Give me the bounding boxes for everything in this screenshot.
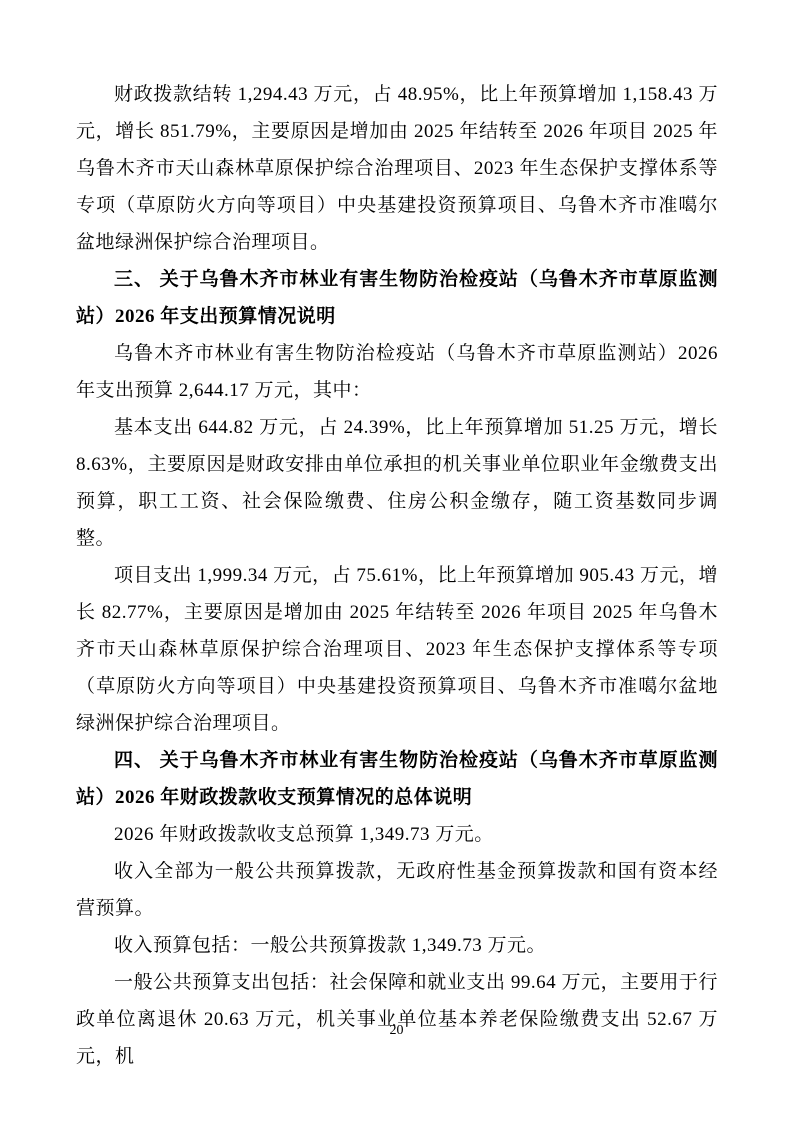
document-page: 财政拨款结转 1,294.43 万元，占 48.95%，比上年预算增加 1,15… [0,0,793,1122]
paragraph-income-source: 收入全部为一般公共预算拨款，无政府性基金预算拨款和国有资本经营预算。 [76,853,718,927]
document-body: 财政拨款结转 1,294.43 万元，占 48.95%，比上年预算增加 1,15… [76,76,718,1075]
section-heading-4: 四、 关于乌鲁木齐市林业有害生物防治检疫站（乌鲁木齐市草原监测站）2026 年财… [76,742,718,816]
paragraph-basic-expenditure: 基本支出 644.82 万元，占 24.39%，比上年预算增加 51.25 万元… [76,409,718,557]
paragraph-expenditure-total: 乌鲁木齐市林业有害生物防治检疫站（乌鲁木齐市草原监测站）2026 年支出预算 2… [76,335,718,409]
paragraph-total-budget: 2026 年财政拨款收支总预算 1,349.73 万元。 [76,816,718,853]
paragraph-carryover-funds: 财政拨款结转 1,294.43 万元，占 48.95%，比上年预算增加 1,15… [76,76,718,261]
paragraph-project-expenditure: 项目支出 1,999.34 万元，占 75.61%，比上年预算增加 905.43… [76,557,718,742]
section-heading-3: 三、 关于乌鲁木齐市林业有害生物防治检疫站（乌鲁木齐市草原监测站）2026 年支… [76,261,718,335]
paragraph-income-budget: 收入预算包括：一般公共预算拨款 1,349.73 万元。 [76,927,718,964]
paragraph-public-budget-expenditure: 一般公共预算支出包括：社会保障和就业支出 99.64 万元，主要用于行政单位离退… [76,964,718,1075]
page-number: 20 [0,1022,793,1040]
